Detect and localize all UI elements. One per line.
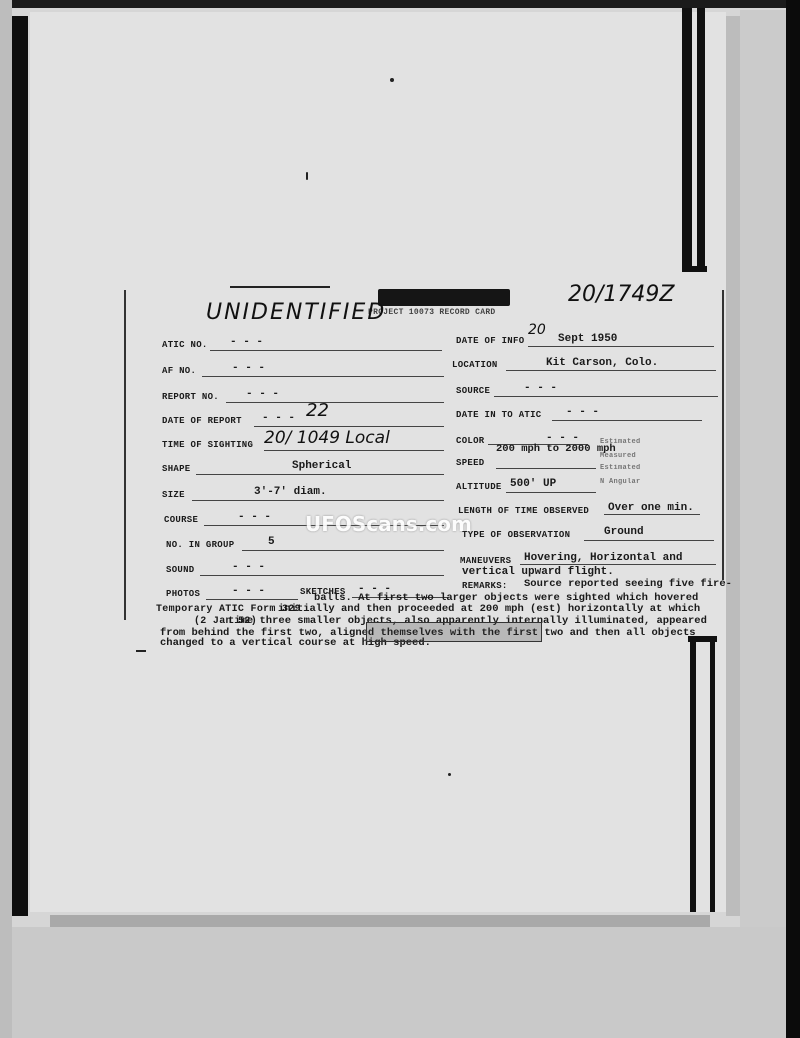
speed-note: Estimated [600,464,641,472]
field-label-af-no: AF NO. [162,366,196,376]
speed-note: N Angular [600,478,641,486]
scan-right-margin [740,10,786,1010]
film-registration-bar [682,266,707,272]
handwritten-classification: UNIDENTIFIED [206,300,386,325]
scan-bottom-area [12,927,786,1038]
watermark: UFOScans.com [305,512,472,536]
remarks-label: REMARKS: [462,581,508,591]
field-label-photos: PHOTOS [166,589,200,599]
field-label-length-of-time: LENGTH OF TIME OBSERVED [458,506,589,516]
field-underline [584,540,714,541]
field-label-altitude: ALTITUDE [456,482,502,492]
field-label-shape: SHAPE [162,464,191,474]
field-underline [192,500,444,501]
field-underline [506,492,596,493]
field-underline [528,346,714,347]
page-bottom-shadow [50,915,710,927]
field-label-report-no: REPORT NO. [162,392,219,402]
field-label-type-of-observation: TYPE OF OBSERVATION [462,530,570,540]
field-underline [196,474,444,475]
field-underline [254,426,444,427]
field-label-source: SOURCE [456,386,490,396]
field-value-photos: - - - [232,585,265,597]
field-underline [506,370,716,371]
field-value-shape: Spherical [292,460,351,472]
field-value-time-of-sighting: 20/ 1049 Local [264,428,390,448]
speed-note: Estimated [600,438,641,446]
card-border [722,290,724,580]
remarks-line: initially and then proceeded at 200 mph … [278,603,700,615]
field-label-course: COURSE [164,515,198,525]
handwritten-info-date: 20 [528,322,546,338]
film-registration-bar [690,640,696,912]
speed-note: Measured [600,452,636,460]
overlapping-paper-fragment [366,622,542,642]
field-label-time-of-sighting: TIME OF SIGHTING [162,440,253,450]
field-underline [206,599,298,600]
field-label-speed: SPEED [456,458,485,468]
dust-speck [448,773,451,776]
divider [230,286,330,288]
field-value-date-of-report: - - - [262,412,295,424]
corner-mark [136,650,146,652]
dust-speck [306,172,308,180]
field-value-maneuvers: Hovering, Horizontal and [524,552,682,564]
scan-left-shadow [12,16,28,916]
dust-speck [390,78,394,82]
scan-right-edge [786,0,800,1038]
field-value-atic-no: - - - [230,336,263,348]
field-label-size: SIZE [162,490,185,500]
field-value-source: - - - [524,382,557,394]
handwritten-report-date: 22 [306,400,329,421]
film-registration-bar [710,640,715,912]
field-label-date-of-report: DATE OF REPORT [162,416,242,426]
field-label-no-in-group: NO. IN GROUP [166,540,234,550]
field-value-location: Kit Carson, Colo. [546,357,658,369]
scan-top-edge [0,0,800,8]
handwritten-time-stamp: 20/1749Z [568,282,674,307]
field-label-color: COLOR [456,436,485,446]
field-underline [264,450,444,451]
field-value-course: - - - [238,511,271,523]
field-underline [496,468,596,469]
form-number: Temporary ATIC Form 329 [156,604,301,615]
field-value-no-in-group: 5 [268,536,275,548]
field-underline [210,350,442,351]
field-value-speed: 200 mph to 2000 mph [496,443,616,455]
field-value-sound: - - - [232,561,265,573]
film-registration-bar [697,8,705,272]
film-registration-bar [682,8,692,272]
field-value-altitude: 500' UP [510,478,556,490]
redaction-bar [378,289,510,306]
field-label-date-of-info: DATE OF INFO [456,336,524,346]
field-value-maneuvers-cont: vertical upward flight. [462,566,614,578]
card-border [124,290,126,620]
field-underline [200,575,444,576]
field-underline [604,514,700,515]
field-label-atic-no: ATIC NO. [162,340,208,350]
field-value-date-in-to-atic: - - - [566,406,599,418]
scan-right-strip [726,16,740,916]
field-value-type-of-observation: Ground [604,526,644,538]
field-label-maneuvers: MANEUVERS [460,556,511,566]
field-underline [202,376,444,377]
field-label-sound: SOUND [166,565,195,575]
project-record-card-title: PROJECT 10073 RECORD CARD [368,308,496,317]
field-value-date-of-info: Sept 1950 [558,333,617,345]
field-value-report-no: - - - [246,388,279,400]
field-underline [520,564,716,565]
field-value-length-of-time: Over one min. [608,502,694,514]
field-underline [242,550,444,551]
field-label-date-in-to-atic: DATE IN TO ATIC [456,410,542,420]
field-underline [226,402,444,403]
field-value-af-no: - - - [232,362,265,374]
remarks-line: Source reported seeing five fire- [524,578,732,590]
scan-left-margin [0,0,12,1038]
field-label-location: LOCATION [452,360,498,370]
document-page [30,12,726,912]
field-underline [552,420,702,421]
field-value-size: 3'-7' diam. [254,486,327,498]
form-date: (2 Jan 52) [194,616,257,627]
field-underline [494,396,718,397]
